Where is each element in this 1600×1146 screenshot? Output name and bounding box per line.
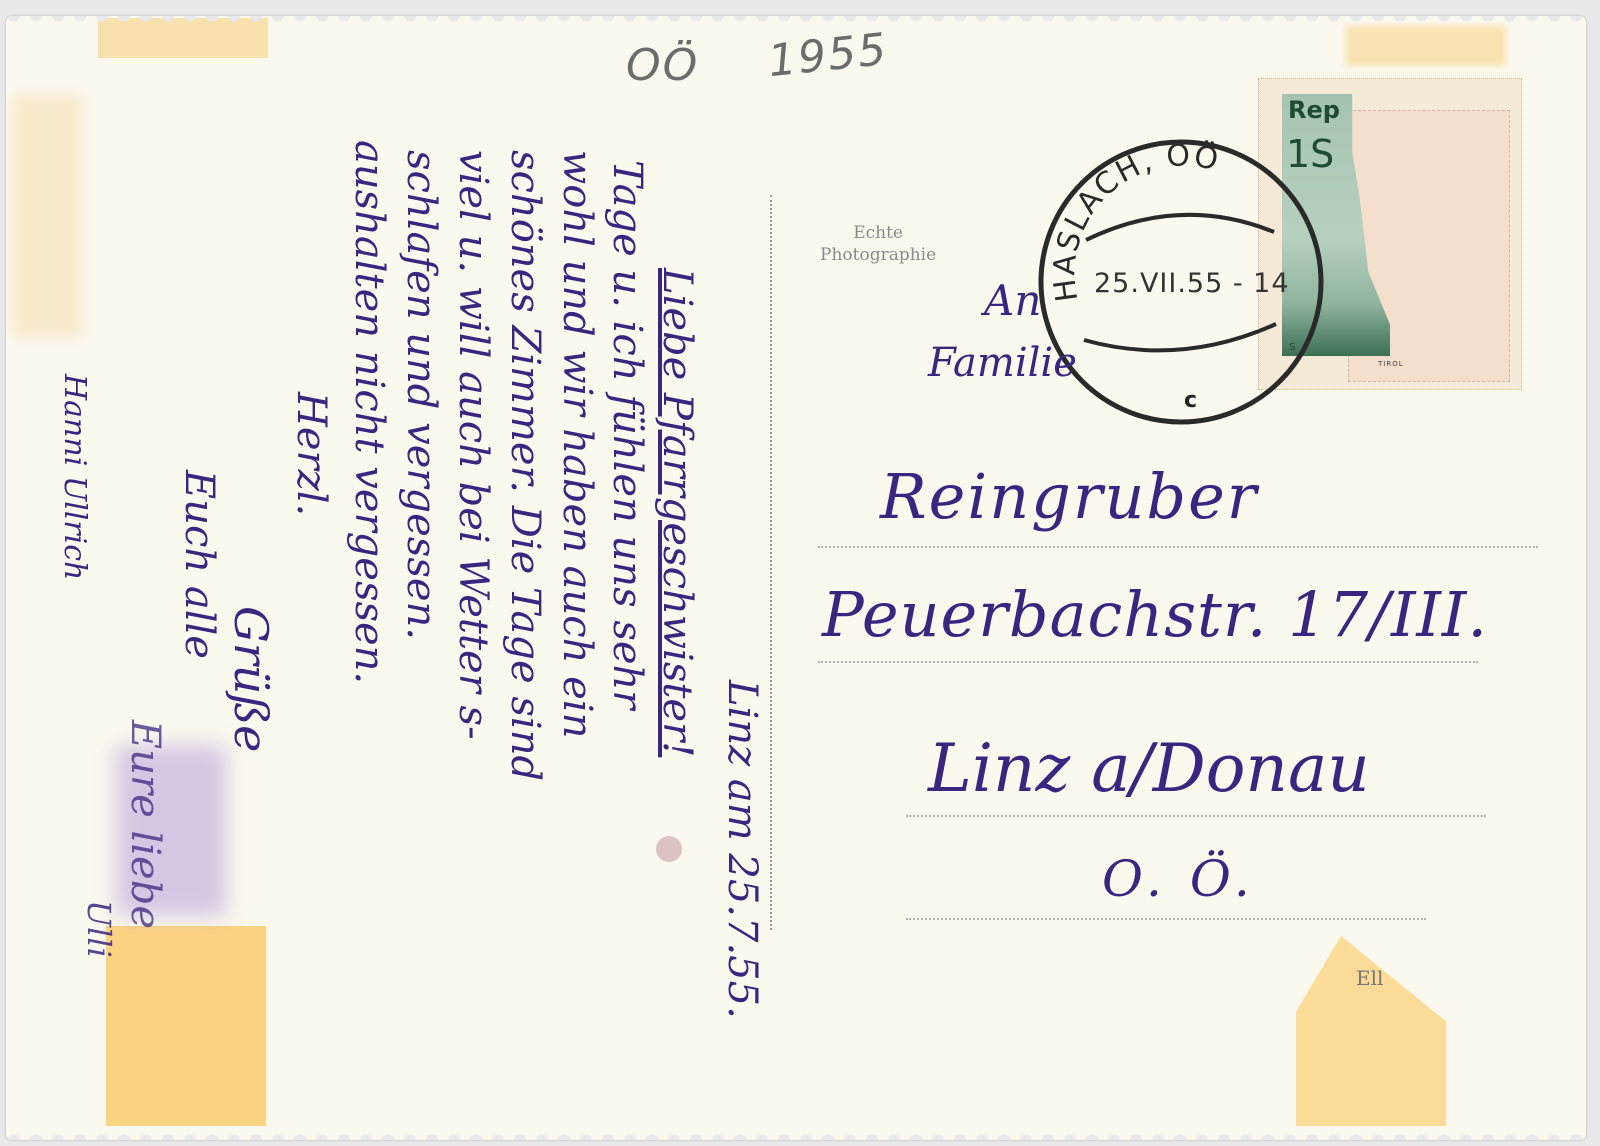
address-rule (818, 546, 1538, 548)
message-line: viel u. will auch bei Wetter s- (450, 150, 496, 740)
divider-line (770, 195, 772, 930)
message-closing: Euch alle (176, 470, 222, 659)
tape-residue-stain (106, 926, 266, 1126)
address-family: Familie (928, 340, 1077, 386)
message-signature: Ulli (80, 900, 118, 958)
message-line: aushalten nicht vergessen. (346, 140, 392, 684)
pencil-note-region: OÖ (626, 40, 699, 91)
tape-residue-stain (1296, 936, 1446, 1126)
age-stain (98, 18, 268, 58)
address-salutation: An (984, 276, 1041, 325)
stamp-imprint: TIROL (1378, 360, 1404, 368)
address-name: Reingruber (880, 460, 1258, 533)
printed-label: Echte Photographie (820, 222, 936, 266)
address-rule (906, 815, 1486, 817)
message-line: wohl und wir haben auch ein (554, 150, 600, 738)
message-closing: Eure liebe (122, 720, 168, 929)
printed-publisher-mark: Ell (1356, 966, 1383, 990)
address-street: Peuerbachstr. 17/III. (822, 578, 1488, 651)
address-region: O. Ö. (1102, 850, 1256, 908)
message-closing: Herzl. (288, 392, 334, 516)
message-dateline: Linz am 25.7.55. (719, 680, 765, 1019)
address-rule (906, 918, 1426, 920)
age-stain (12, 96, 82, 336)
age-stain (1346, 26, 1506, 66)
address-city: Linz a/Donau (928, 730, 1370, 807)
message-greeting: Liebe Pfarrgeschwister! (654, 268, 700, 757)
margin-note: Hanni Ullrich (57, 374, 92, 580)
message-line: Tage u. ich fühlen uns sehr (604, 160, 650, 709)
spot-stain (656, 836, 682, 862)
printed-label-line2: Photographie (820, 244, 936, 266)
printed-label-line1: Echte (820, 222, 936, 244)
postmark-date: 25.VII.55 - 14 (1094, 268, 1290, 299)
address-rule (818, 661, 1478, 663)
message-line: schlafen und vergessen. (398, 150, 444, 640)
message-line: schönes Zimmer. Die Tage sind (502, 150, 548, 781)
stamp-country-text: Rep (1288, 96, 1340, 124)
message-closing: Grüße (224, 606, 278, 752)
postmark-code: c (1184, 388, 1197, 413)
